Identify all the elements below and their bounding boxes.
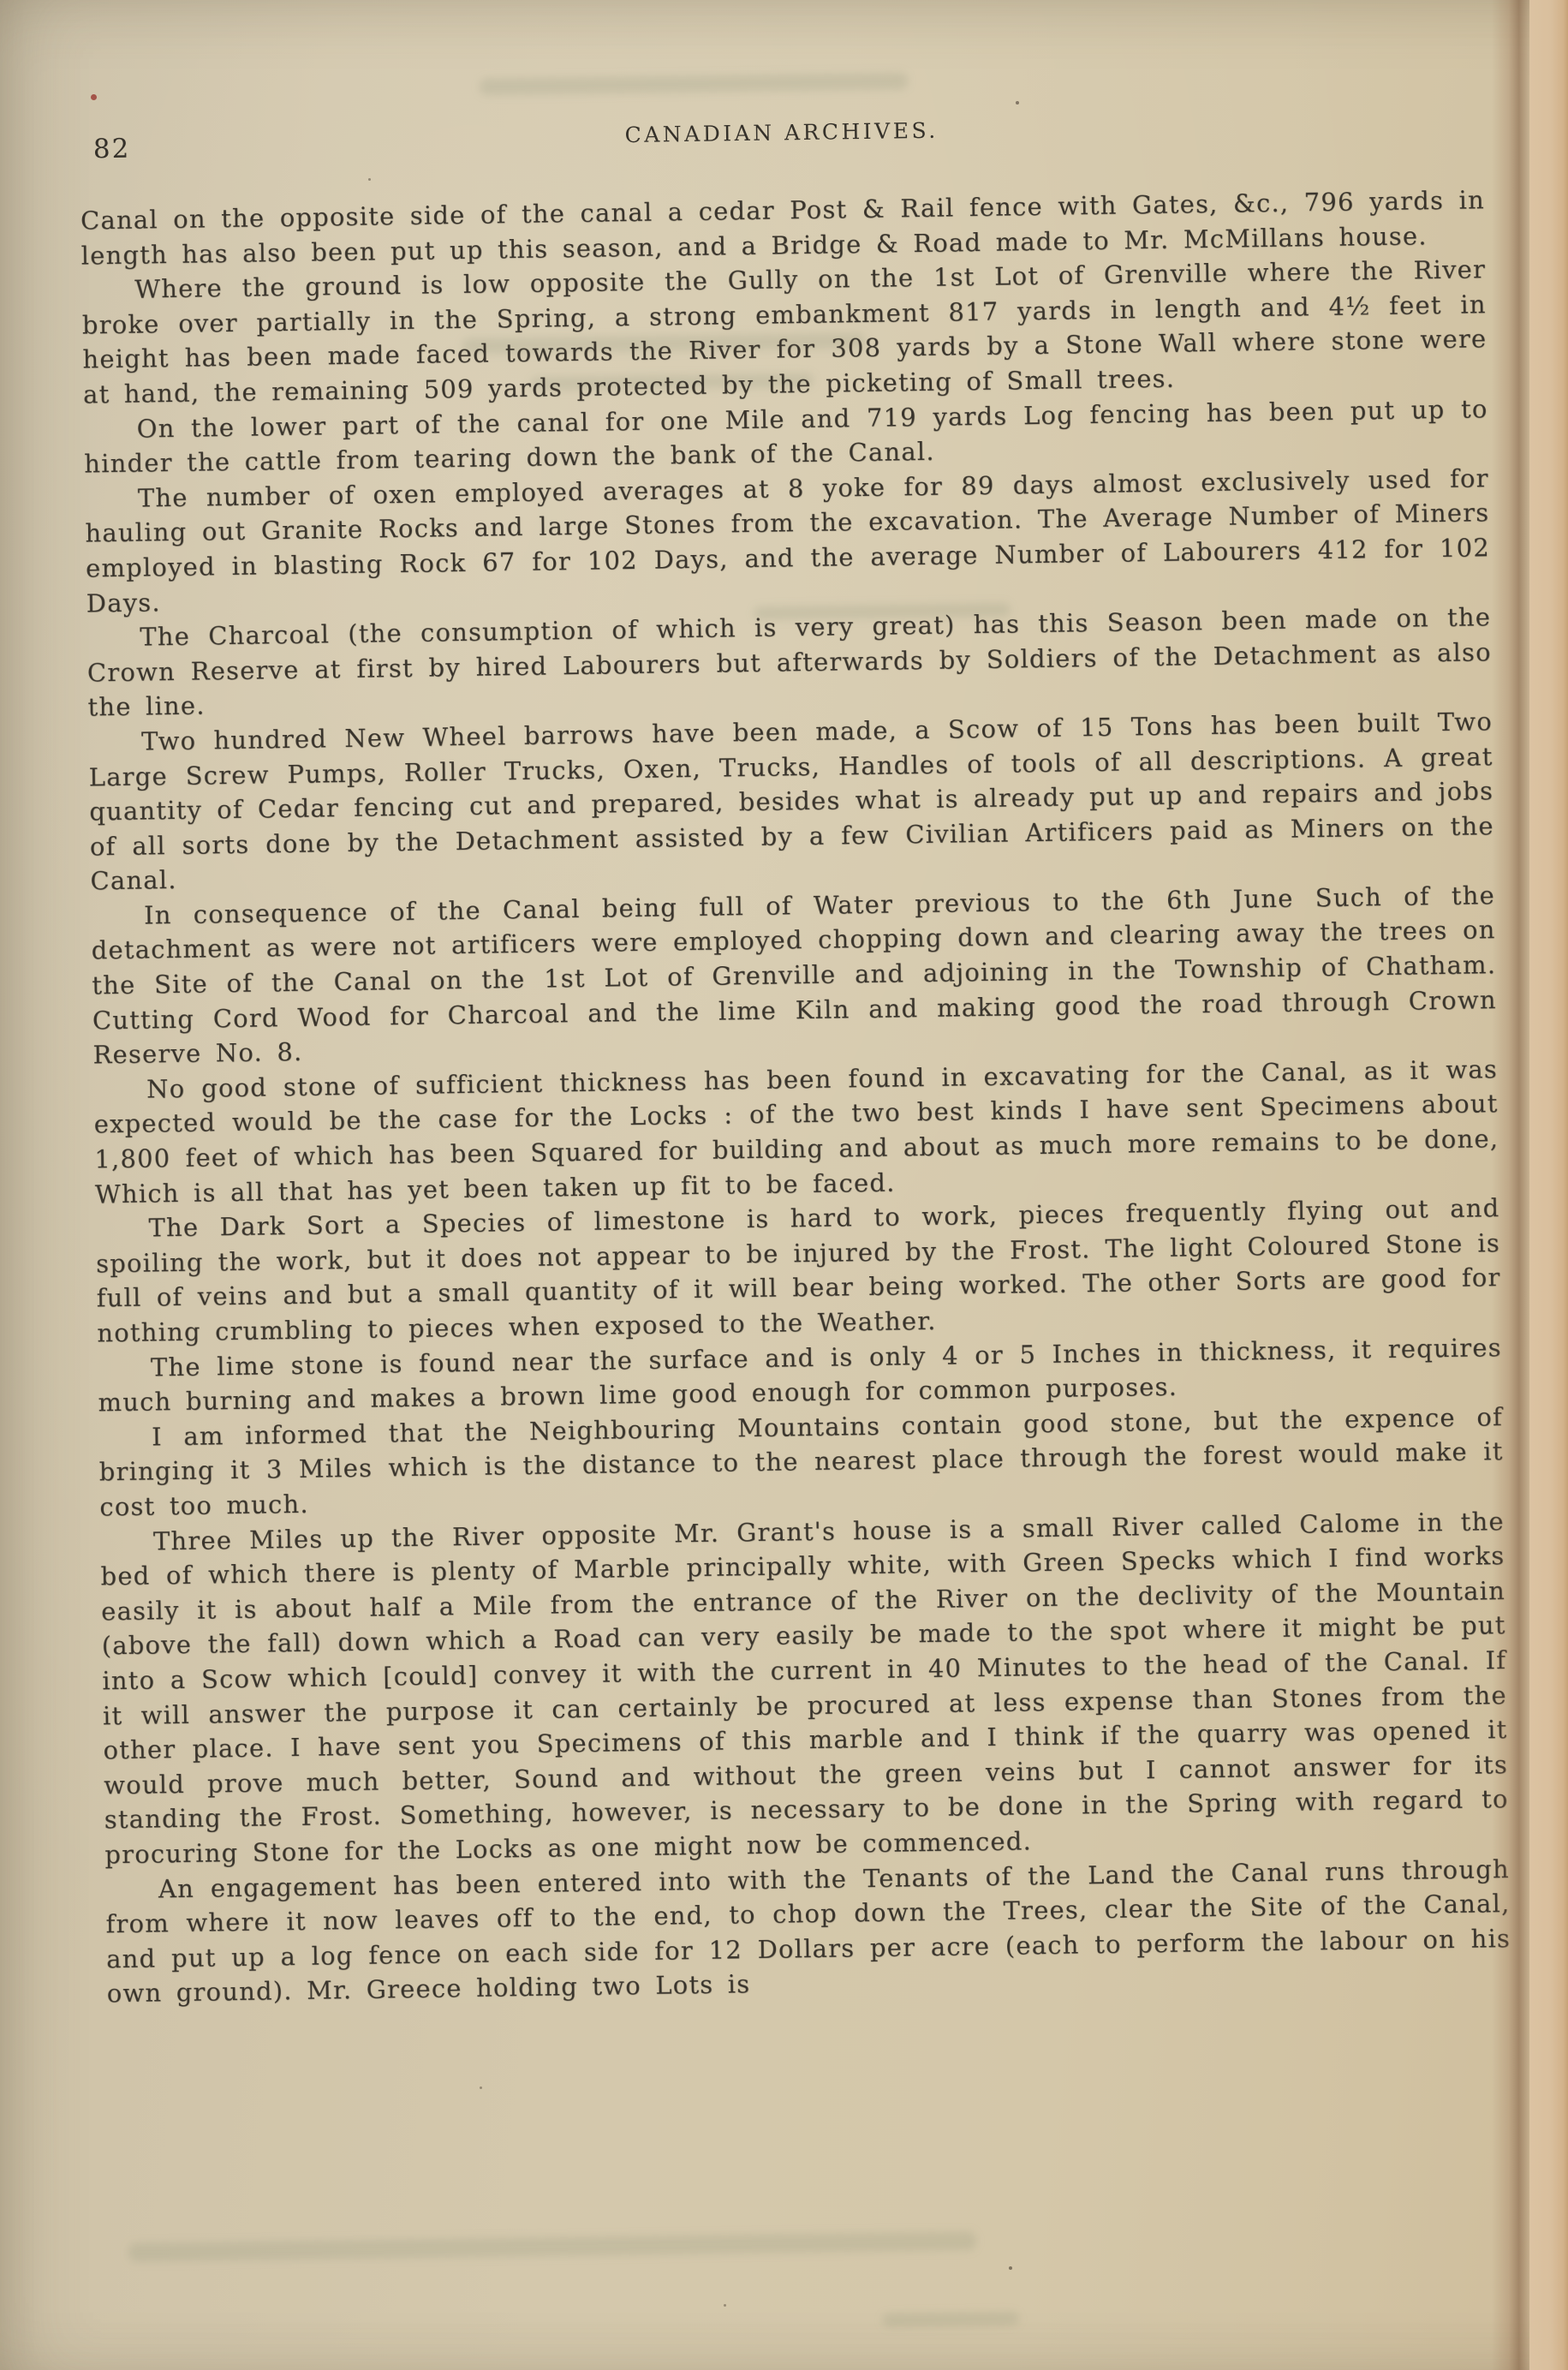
ink-speck	[1016, 101, 1019, 104]
paragraph: Three Miles up the River opposite Mr. Gr…	[100, 1504, 1510, 1872]
book-edge	[1529, 0, 1568, 2370]
paragraph: An engagement has been entered into with…	[105, 1851, 1511, 2011]
page-body: Canal on the opposite side of the canal …	[80, 182, 1511, 2011]
page-content: 82 CANADIAN ARCHIVES. Canal on the oppos…	[0, 0, 1568, 2370]
running-title: CANADIAN ARCHIVES.	[624, 118, 938, 147]
page-header: 82 CANADIAN ARCHIVES.	[79, 106, 1483, 164]
ink-speck	[1009, 2266, 1012, 2270]
scanned-book-page: 82 CANADIAN ARCHIVES. Canal on the oppos…	[0, 0, 1568, 2370]
paragraph: The Dark Sort a Species of limestone is …	[95, 1191, 1501, 1351]
ink-speck	[91, 94, 97, 100]
ink-speck	[480, 2086, 482, 2089]
paragraph: The number of oxen employed averages at …	[85, 461, 1491, 621]
ink-speck	[1387, 485, 1390, 487]
paragraph: Where the ground is low opposite the Gul…	[81, 252, 1488, 412]
paragraph: The Charcoal (the consumption of which i…	[86, 600, 1493, 725]
paragraph: Two hundred New Wheel barrows have been …	[88, 704, 1495, 898]
page-crease	[1492, 0, 1529, 2370]
ink-speck	[724, 2304, 726, 2307]
page-number: 82	[93, 134, 131, 165]
paragraph: In consequence of the Canal being full o…	[91, 878, 1498, 1072]
ink-speck	[368, 178, 371, 181]
paragraph: No good stone of sufficient thickness ha…	[93, 1052, 1499, 1212]
paragraph: I am informed that the Neighbouring Moun…	[98, 1400, 1505, 1525]
